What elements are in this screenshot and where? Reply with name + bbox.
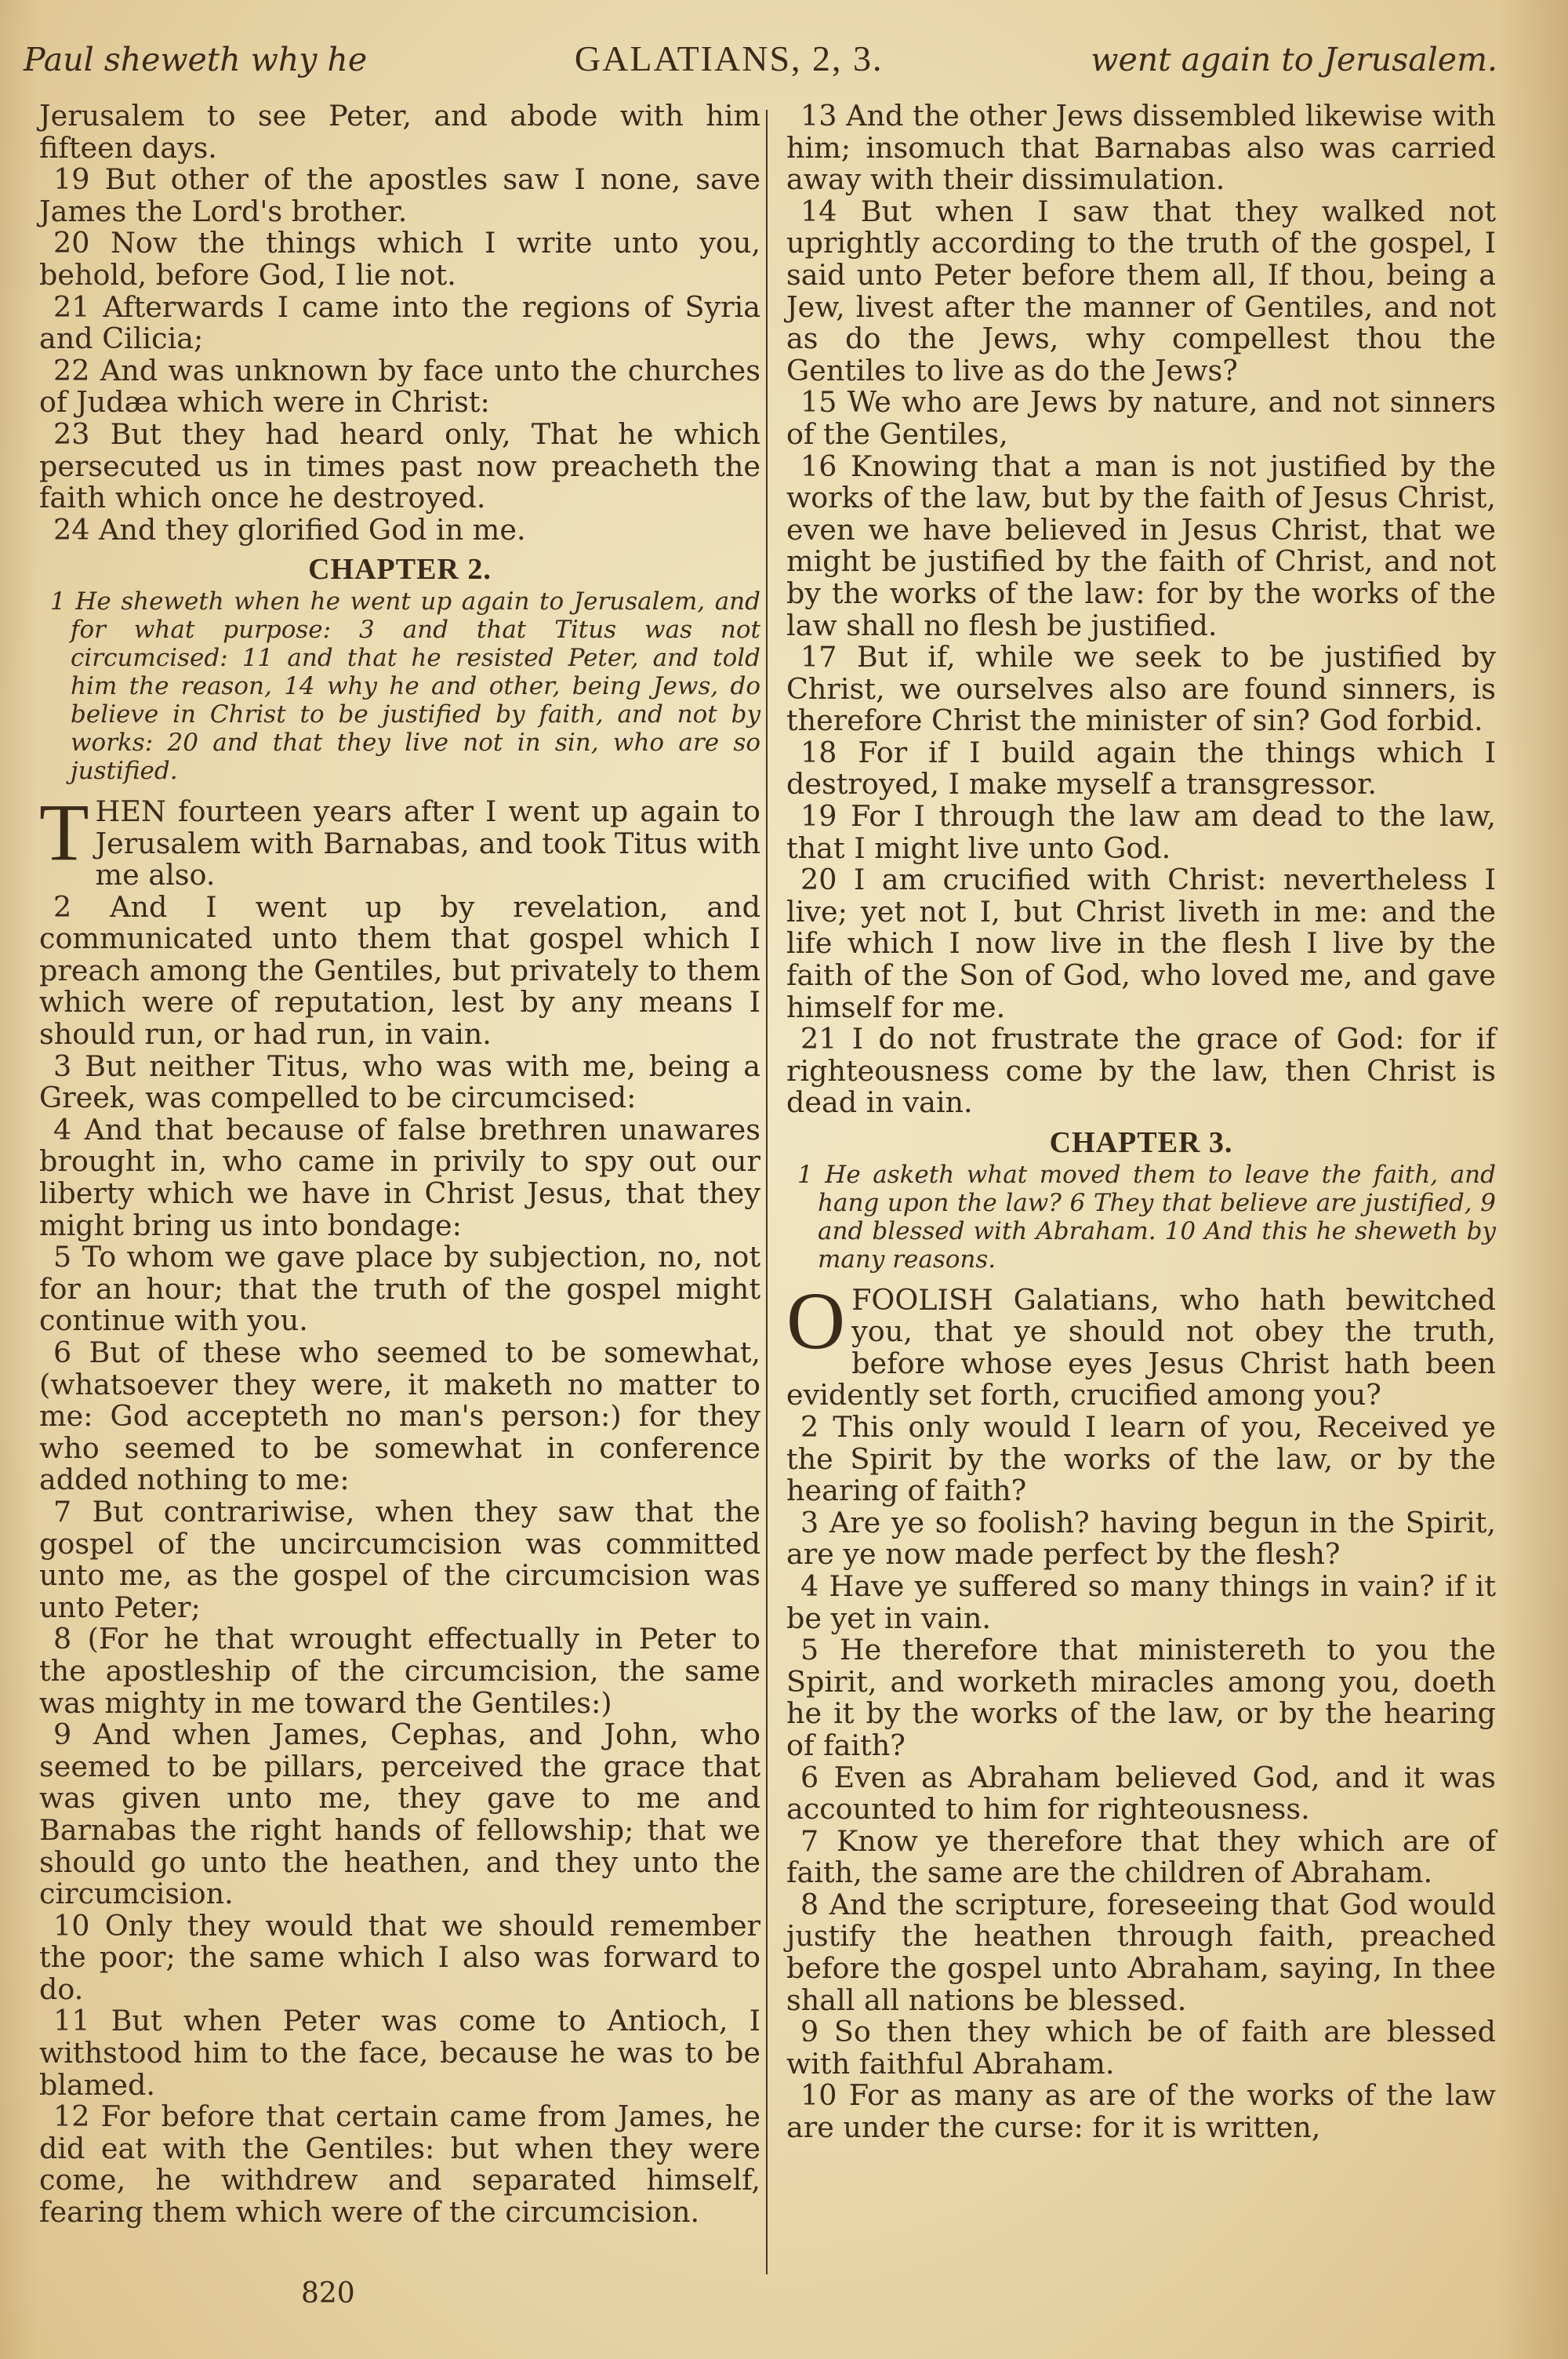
- running-head-left: Paul sheweth why he: [24, 41, 367, 78]
- verse: 4 And that because of false brethren una…: [39, 1114, 760, 1241]
- verse: 4 Have ye suffered so many things in vai…: [786, 1571, 1496, 1634]
- verse: 3 But neither Titus, who was with me, be…: [39, 1051, 760, 1114]
- verse: 20 I am crucified with Christ: neverthel…: [786, 864, 1496, 1023]
- drop-cap: T: [39, 801, 89, 865]
- verse-continuation: Jerusalem to see Peter, and abode with h…: [39, 100, 760, 164]
- chapter-3-summary: 1 He asketh what moved them to leave the…: [786, 1161, 1496, 1274]
- verse: 6 Even as Abraham believed God, and it w…: [786, 1762, 1496, 1826]
- verse: 11 But when Peter was come to Antioch, I…: [39, 2005, 760, 2101]
- verse: 14 But when I saw that they walked not u…: [786, 196, 1496, 387]
- column-divider: [766, 110, 768, 2274]
- chapter-3-heading: CHAPTER 3.: [786, 1127, 1496, 1159]
- drop-cap: O: [786, 1289, 845, 1354]
- right-column: 13 And the other Jews dissembled likewis…: [786, 100, 1496, 2144]
- verse: 7 But contrariwise, when they saw that t…: [39, 1496, 760, 1623]
- verse: 2 And I went up by revelation, and commu…: [39, 892, 760, 1051]
- verse: 23 But they had heard only, That he whic…: [39, 419, 760, 514]
- verse: 9 And when James, Cephas, and John, who …: [39, 1719, 760, 1910]
- verse: 3 Are ye so foolish? having begun in the…: [786, 1507, 1496, 1571]
- verse: 8 (For he that wrought effectually in Pe…: [39, 1623, 760, 1719]
- page-shadow-left: [0, 0, 39, 2359]
- page-number: 820: [301, 2277, 355, 2310]
- verse: 20 Now the things which I write unto you…: [39, 227, 760, 291]
- verse-text: HEN fourteen years after I went up again…: [96, 794, 760, 892]
- running-head-right: went again to Jerusalem.: [1091, 41, 1497, 78]
- page-shadow-right: [1497, 0, 1568, 2359]
- verse: 17 But if, while we seek to be justified…: [786, 642, 1496, 737]
- verse: 6 But of these who seemed to be somewhat…: [39, 1337, 760, 1496]
- verse-text: FOOLISH Galatians, who hath bewitched yo…: [786, 1283, 1496, 1412]
- chapter-2-verse-1: T HEN fourteen years after I went up aga…: [39, 796, 760, 892]
- verse: 21 Afterwards I came into the regions of…: [39, 292, 760, 355]
- verse: 19 But other of the apostles saw I none,…: [39, 164, 760, 227]
- verse: 22 And was unknown by face unto the chur…: [39, 355, 760, 419]
- left-column: Jerusalem to see Peter, and abode with h…: [39, 100, 760, 2229]
- verse: 10 Only they would that we should rememb…: [39, 1910, 760, 2006]
- verse: 24 And they glorified God in me.: [39, 514, 760, 547]
- verse: 10 For as many as are of the works of th…: [786, 2080, 1496, 2143]
- verse: 8 And the scripture, foreseeing that God…: [786, 1889, 1496, 2016]
- verse: 18 For if I build again the things which…: [786, 737, 1496, 801]
- verse: 5 He therefore that ministereth to you t…: [786, 1634, 1496, 1761]
- verse: 9 So then they which be of faith are ble…: [786, 2016, 1496, 2080]
- running-head-book-chapters: GALATIANS, 2, 3.: [575, 38, 884, 79]
- verse: 16 Knowing that a man is not justified b…: [786, 451, 1496, 642]
- verse: 2 This only would I learn of you, Receiv…: [786, 1412, 1496, 1507]
- verse: 7 Know ye therefore that they which are …: [786, 1826, 1496, 1889]
- verse: 21 I do not frustrate the grace of God: …: [786, 1023, 1496, 1119]
- verse: 5 To whom we gave place by subjection, n…: [39, 1241, 760, 1337]
- chapter-2-summary: 1 He sheweth when he went up again to Je…: [39, 587, 760, 785]
- verse: 12 For before that certain came from Jam…: [39, 2101, 760, 2228]
- verse: 13 And the other Jews dissembled likewis…: [786, 100, 1496, 196]
- chapter-3-verse-1: O FOOLISH Galatians, who hath bewitched …: [786, 1285, 1496, 1412]
- verse: 15 We who are Jews by nature, and not si…: [786, 387, 1496, 450]
- chapter-2-heading: CHAPTER 2.: [39, 554, 760, 586]
- verse: 19 For I through the law am dead to the …: [786, 801, 1496, 864]
- running-head: Paul sheweth why he GALATIANS, 2, 3. wen…: [24, 38, 1497, 93]
